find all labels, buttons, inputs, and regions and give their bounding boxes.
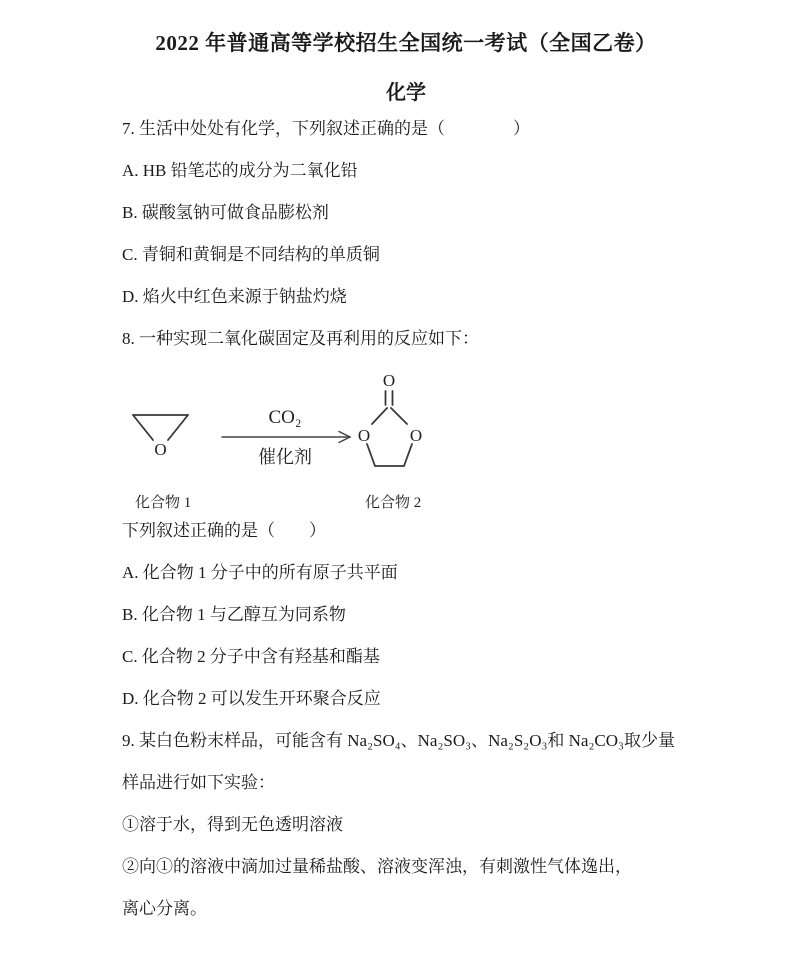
question9-step2-line1: ②向①的溶液中滴加过量稀盐酸、溶液变浑浊，有刺激性气体逸出， bbox=[122, 846, 690, 888]
compound2-carbonate-structure bbox=[367, 391, 412, 466]
compound1-epoxide-structure bbox=[133, 415, 188, 440]
question8-stem: 8. 一种实现二氧化碳固定及再利用的反应如下： bbox=[122, 318, 690, 360]
compound2-label: 化合物 2 bbox=[365, 493, 421, 510]
page-content: 2022 年普通高等学校招生全国统一考试（全国乙卷） 化学 7. 生活中处处有化… bbox=[0, 0, 794, 930]
document-subtitle: 化学 bbox=[122, 78, 690, 108]
question7-option-d: D. 焰火中红色来源于钠盐灼烧 bbox=[122, 276, 690, 318]
arrow-catalyst-label: 催化剂 bbox=[258, 447, 312, 467]
question7-stem: 7. 生活中处处有化学，下列叙述正确的是（ ） bbox=[122, 108, 690, 150]
question8-stem2: 下列叙述正确的是（ ） bbox=[122, 510, 690, 552]
compound1-label: 化合物 1 bbox=[135, 493, 191, 510]
compound1-oxygen-atom: O bbox=[154, 440, 166, 459]
question9-stem-line2: 样品进行如下实验： bbox=[122, 762, 690, 804]
document-title: 2022 年普通高等学校招生全国统一考试（全国乙卷） bbox=[122, 28, 690, 58]
question9-step1: ①溶于水，得到无色透明溶液 bbox=[122, 804, 690, 846]
question8-option-a: A. 化合物 1 分子中的所有原子共平面 bbox=[122, 552, 690, 594]
question8-option-b: B. 化合物 1 与乙醇互为同系物 bbox=[122, 594, 690, 636]
compound2-carbonyl-oxygen-atom: O bbox=[383, 371, 395, 390]
exam-page: 2022 年普通高等学校招生全国统一考试（全国乙卷） 化学 7. 生活中处处有化… bbox=[0, 0, 794, 967]
question9-step2-line2: 离心分离。 bbox=[122, 888, 690, 930]
compound2-left-ring-oxygen-atom: O bbox=[358, 426, 370, 445]
question8-option-c: C. 化合物 2 分子中含有羟基和酯基 bbox=[122, 636, 690, 678]
question7-option-b: B. 碳酸氢钠可做食品膨松剂 bbox=[122, 192, 690, 234]
reaction-diagram: O CO₂ 催化剂 O O O 化合物 1 化合物 2 bbox=[122, 360, 692, 510]
question8-option-d: D. 化合物 2 可以发生开环聚合反应 bbox=[122, 678, 690, 720]
arrow-reagent-label: CO₂ bbox=[268, 407, 301, 428]
question7-option-c: C. 青铜和黄铜是不同结构的单质铜 bbox=[122, 234, 690, 276]
reaction-arrow bbox=[222, 432, 350, 443]
question9-stem-line1: 9. 某白色粉末样品，可能含有 Na₂SO₄、Na₂SO₃、Na₂S₂O₃和 N… bbox=[122, 720, 690, 762]
compound2-right-ring-oxygen-atom: O bbox=[410, 426, 422, 445]
question7-option-a: A. HB 铅笔芯的成分为二氧化铅 bbox=[122, 150, 690, 192]
